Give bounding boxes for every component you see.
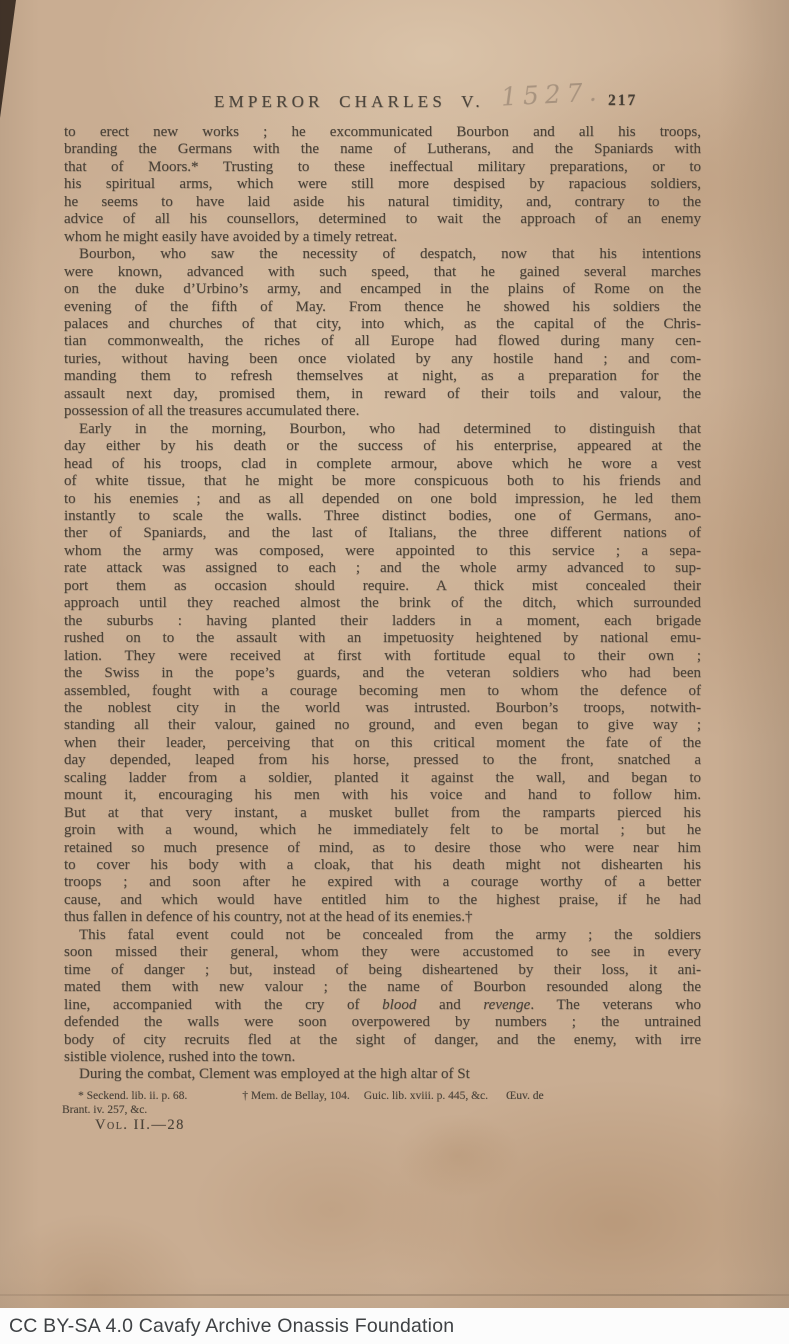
text-line: defended the walls were soon overpowered… (64, 1014, 701, 1031)
text-line: port them as occasion should require. A … (64, 578, 701, 595)
text-line: when their leader, perceiving that on th… (64, 735, 701, 752)
text-line: standing all their valour, gained no gro… (64, 717, 701, 734)
text-line: Bourbon, who saw the necessity of despat… (64, 246, 701, 263)
text-line: soon missed their general, whom they wer… (64, 944, 701, 961)
footnote-entry: Guic. lib. xviii. p. 445, &c. (364, 1089, 488, 1103)
text-line: head of his troops, clad in complete arm… (64, 456, 701, 473)
handwritten-annotation: 1527. (500, 77, 603, 111)
text-line: troops ; and soon after he expired with … (64, 874, 701, 891)
text-line: body of city recruits fled at the sight … (64, 1032, 701, 1049)
paragraph: Bourbon, who saw the necessity of despat… (64, 246, 701, 421)
running-header: EMPEROR CHARLES V. 1527. 217 (0, 0, 789, 120)
text-line: rate attack was assigned to each ; and t… (64, 560, 701, 577)
text-line: to his enemies ; and as all depended on … (64, 491, 701, 508)
license-bar: CC BY-SA 4.0 Cavafy Archive Onassis Foun… (0, 1308, 789, 1344)
text-line: assault next day, promised them, in rewa… (64, 386, 701, 403)
footnotes: * Seckend. lib. ii. p. 68.† Mem. de Bell… (62, 1089, 712, 1132)
text-line: sistible violence, rushed into the town. (64, 1049, 701, 1066)
text-line: of white tissue, that he might be more c… (64, 473, 701, 490)
page-number: 217 (608, 92, 637, 110)
text-line: branding the Germans with the name of Lu… (64, 141, 701, 158)
paragraph: This fatal event could not be concealed … (64, 927, 701, 1067)
paragraph: During the combat, Clement was employed … (64, 1066, 701, 1083)
page-body-text: to erect new works ; he excommunicated B… (64, 124, 701, 1084)
text-line: advice of all his counsellors, determine… (64, 211, 701, 228)
text-line: retained so much presence of mind, as to… (64, 840, 701, 857)
text-line: mount it, encouraging his men with his v… (64, 787, 701, 804)
text-line: This fatal event could not be concealed … (64, 927, 701, 944)
text-line: whom he might easily have avoided by a t… (64, 229, 701, 246)
text-line: Early in the morning, Bourbon, who had d… (64, 421, 701, 438)
text-line: tian commonwealth, the riches of all Eur… (64, 333, 701, 350)
text-line: that of Moors.* Trusting to these ineffe… (64, 159, 701, 176)
text-line: palaces and churches of that city, into … (64, 316, 701, 333)
text-line: evening of the fifth of May. From thence… (64, 299, 701, 316)
page-edge-crease (0, 1294, 789, 1296)
text-line: his spiritual arms, which were still mor… (64, 176, 701, 193)
license-text: CC BY-SA 4.0 Cavafy Archive Onassis Foun… (9, 1315, 454, 1338)
text-line: But at that very instant, a musket bulle… (64, 805, 701, 822)
text-line: approach until they reached almost the b… (64, 595, 701, 612)
text-line: instantly to scale the walls. Three dist… (64, 508, 701, 525)
text-line: were known, advanced with such speed, th… (64, 264, 701, 281)
running-head-title: EMPEROR CHARLES V. (214, 92, 484, 112)
text-line: manding them to refresh themselves at ni… (64, 368, 701, 385)
text-line: assembled, fought with a courage becomin… (64, 683, 701, 700)
text-line: mated them with new valour ; the name of… (64, 979, 701, 996)
paragraph: to erect new works ; he excommunicated B… (64, 124, 701, 246)
text-line: lation. They were received at first with… (64, 648, 701, 665)
paragraph: Early in the morning, Bourbon, who had d… (64, 421, 701, 927)
text-line: ther of Spaniards, and the last of Itali… (64, 525, 701, 542)
scanned-book-page: EMPEROR CHARLES V. 1527. 217 to erect ne… (0, 0, 789, 1344)
footnote-entry: Œuv. de (506, 1089, 544, 1103)
text-line: the noblest city in the world was intrus… (64, 700, 701, 717)
text-line: scaling ladder from a soldier, planted i… (64, 770, 701, 787)
volume-signature: Vol. II.—28 (62, 1118, 712, 1132)
text-line: the suburbs : having planted their ladde… (64, 613, 701, 630)
text-line: on the duke d’Urbino’s army, and encampe… (64, 281, 701, 298)
text-line: groin with a wound, which he immediately… (64, 822, 701, 839)
text-line: thus fallen in defence of his country, n… (64, 909, 701, 926)
text-line: he seems to have laid aside his natural … (64, 194, 701, 211)
text-line: During the combat, Clement was employed … (64, 1066, 701, 1083)
text-line: time of danger ; but, instead of being d… (64, 962, 701, 979)
footnote-entry: † Mem. de Bellay, 104. (242, 1089, 350, 1103)
text-line: the Swiss in the pope’s guards, and the … (64, 665, 701, 682)
text-line: day either by his death or the success o… (64, 438, 701, 455)
text-line: to cover his body with a cloak, that his… (64, 857, 701, 874)
footnote-line: * Seckend. lib. ii. p. 68.† Mem. de Bell… (62, 1089, 712, 1103)
text-line: cause, and which would have entitled him… (64, 892, 701, 909)
text-line: possession of all the treasures accumula… (64, 403, 701, 420)
footnote-entry: * Seckend. lib. ii. p. 68. (78, 1089, 187, 1103)
text-line: turies, without having been once violate… (64, 351, 701, 368)
text-line: day depended, leaped from his horse, pre… (64, 752, 701, 769)
text-line: rushed on to the assault with an impetuo… (64, 630, 701, 647)
text-line: line, accompanied with the cry of blood … (64, 997, 701, 1014)
text-line: whom the army was composed, were appoint… (64, 543, 701, 560)
text-line: to erect new works ; he excommunicated B… (64, 124, 701, 141)
footnote-continuation: Brant. iv. 257, &c. (62, 1103, 712, 1117)
